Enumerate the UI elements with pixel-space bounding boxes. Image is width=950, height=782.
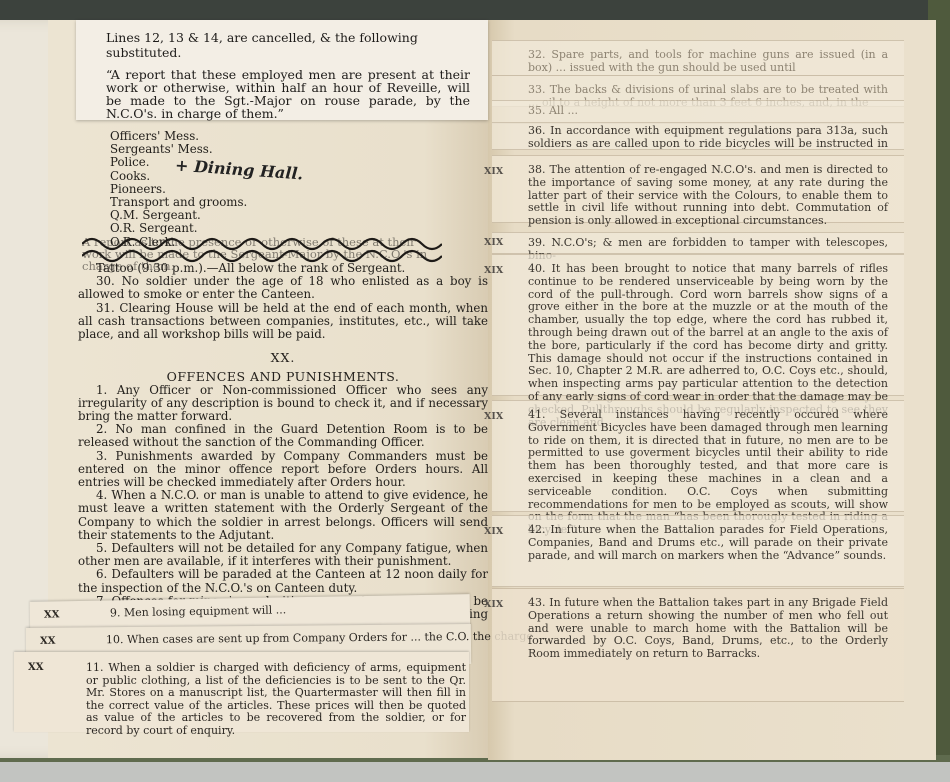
pasted-amendment-slip: Lines 12, 13 & 14, are cancelled, & the … xyxy=(76,20,488,120)
margin-mark: XIX xyxy=(484,526,503,539)
listing-item: O.R. Sergeant. xyxy=(110,222,247,235)
margin-mark: XX xyxy=(40,636,56,647)
margin-mark: XIX xyxy=(484,265,503,278)
margin-mark: XIX xyxy=(484,237,503,250)
offence-paragraph: 2. No man confined in the Guard Detentio… xyxy=(78,423,488,449)
margin-mark: XIX xyxy=(484,599,503,612)
section-number: XX. xyxy=(78,351,488,364)
pasted-slip: XIX 42. In future when the Battalion par… xyxy=(492,515,904,587)
section-title: OFFENCES AND PUNISHMENTS. xyxy=(78,370,488,383)
background-top xyxy=(0,0,950,20)
amendment-heading: Lines 12, 13 & 14, are cancelled, & the … xyxy=(106,30,488,60)
pasted-slip: 35. All ... xyxy=(492,100,904,124)
pasted-slip: XX 11. When a soldier is charged with de… xyxy=(14,652,469,732)
pasted-slip: XIX 38. The attention of re-engaged N.C.… xyxy=(492,155,904,223)
pasted-slip: XIX 40. It has been brought to notice th… xyxy=(492,254,904,396)
paragraph: 31. Clearing House will be held at the e… xyxy=(78,302,488,342)
pasted-slip: 36. In accordance with equipment regulat… xyxy=(492,122,904,150)
offence-paragraph: 3. Punishments awarded by Company Comman… xyxy=(78,450,488,490)
slip-text: 32. Spare parts, and tools for machine g… xyxy=(528,49,888,75)
pasted-slip: XIX 43. In future when the Battalion tak… xyxy=(492,588,904,702)
regulations-text: Tattoo (9.30 p.m.).—All below the rank o… xyxy=(78,262,488,634)
offence-paragraph: 4. When a N.C.O. or man is unable to att… xyxy=(78,489,488,542)
pasted-slip: 32. Spare parts, and tools for machine g… xyxy=(492,40,904,76)
margin-mark: XX xyxy=(44,609,60,620)
background-bottom xyxy=(0,762,950,782)
amendment-quote: “A report that these employed men are pr… xyxy=(106,68,470,120)
slip-text: 11. When a soldier is charged with defic… xyxy=(86,662,466,737)
offence-paragraph: 5. Defaulters will not be detailed for a… xyxy=(78,542,488,568)
paragraph: 30. No soldier under the age of 18 who e… xyxy=(78,275,488,301)
margin-mark: XX xyxy=(28,662,44,673)
slip-text: 38. The attention of re-engaged N.C.O's.… xyxy=(528,164,888,228)
slip-text: 35. All ... xyxy=(528,105,888,118)
slip-text: 42. In future when the Battalion parades… xyxy=(528,524,888,562)
slip-text: 9. Men losing equipment will ... xyxy=(110,603,287,619)
margin-mark: XIX xyxy=(484,166,503,179)
pasted-slip: XIX 41. Several instances having recentl… xyxy=(492,400,904,512)
slip-text: 36. In accordance with equipment regulat… xyxy=(528,125,888,149)
slip-text: 43. In future when the Battalion takes p… xyxy=(528,597,888,661)
pasted-slip: XIX 39. N.C.O's; & men are forbidden to … xyxy=(492,232,904,254)
offence-paragraph: 6. Defaulters will be paraded at the Can… xyxy=(78,568,488,594)
offence-paragraph: 1. Any Officer or Non-commissioned Offic… xyxy=(78,384,488,424)
duty-listing: Officers' Mess. Sergeants' Mess. Police.… xyxy=(110,130,247,249)
margin-mark: XIX xyxy=(484,411,503,424)
